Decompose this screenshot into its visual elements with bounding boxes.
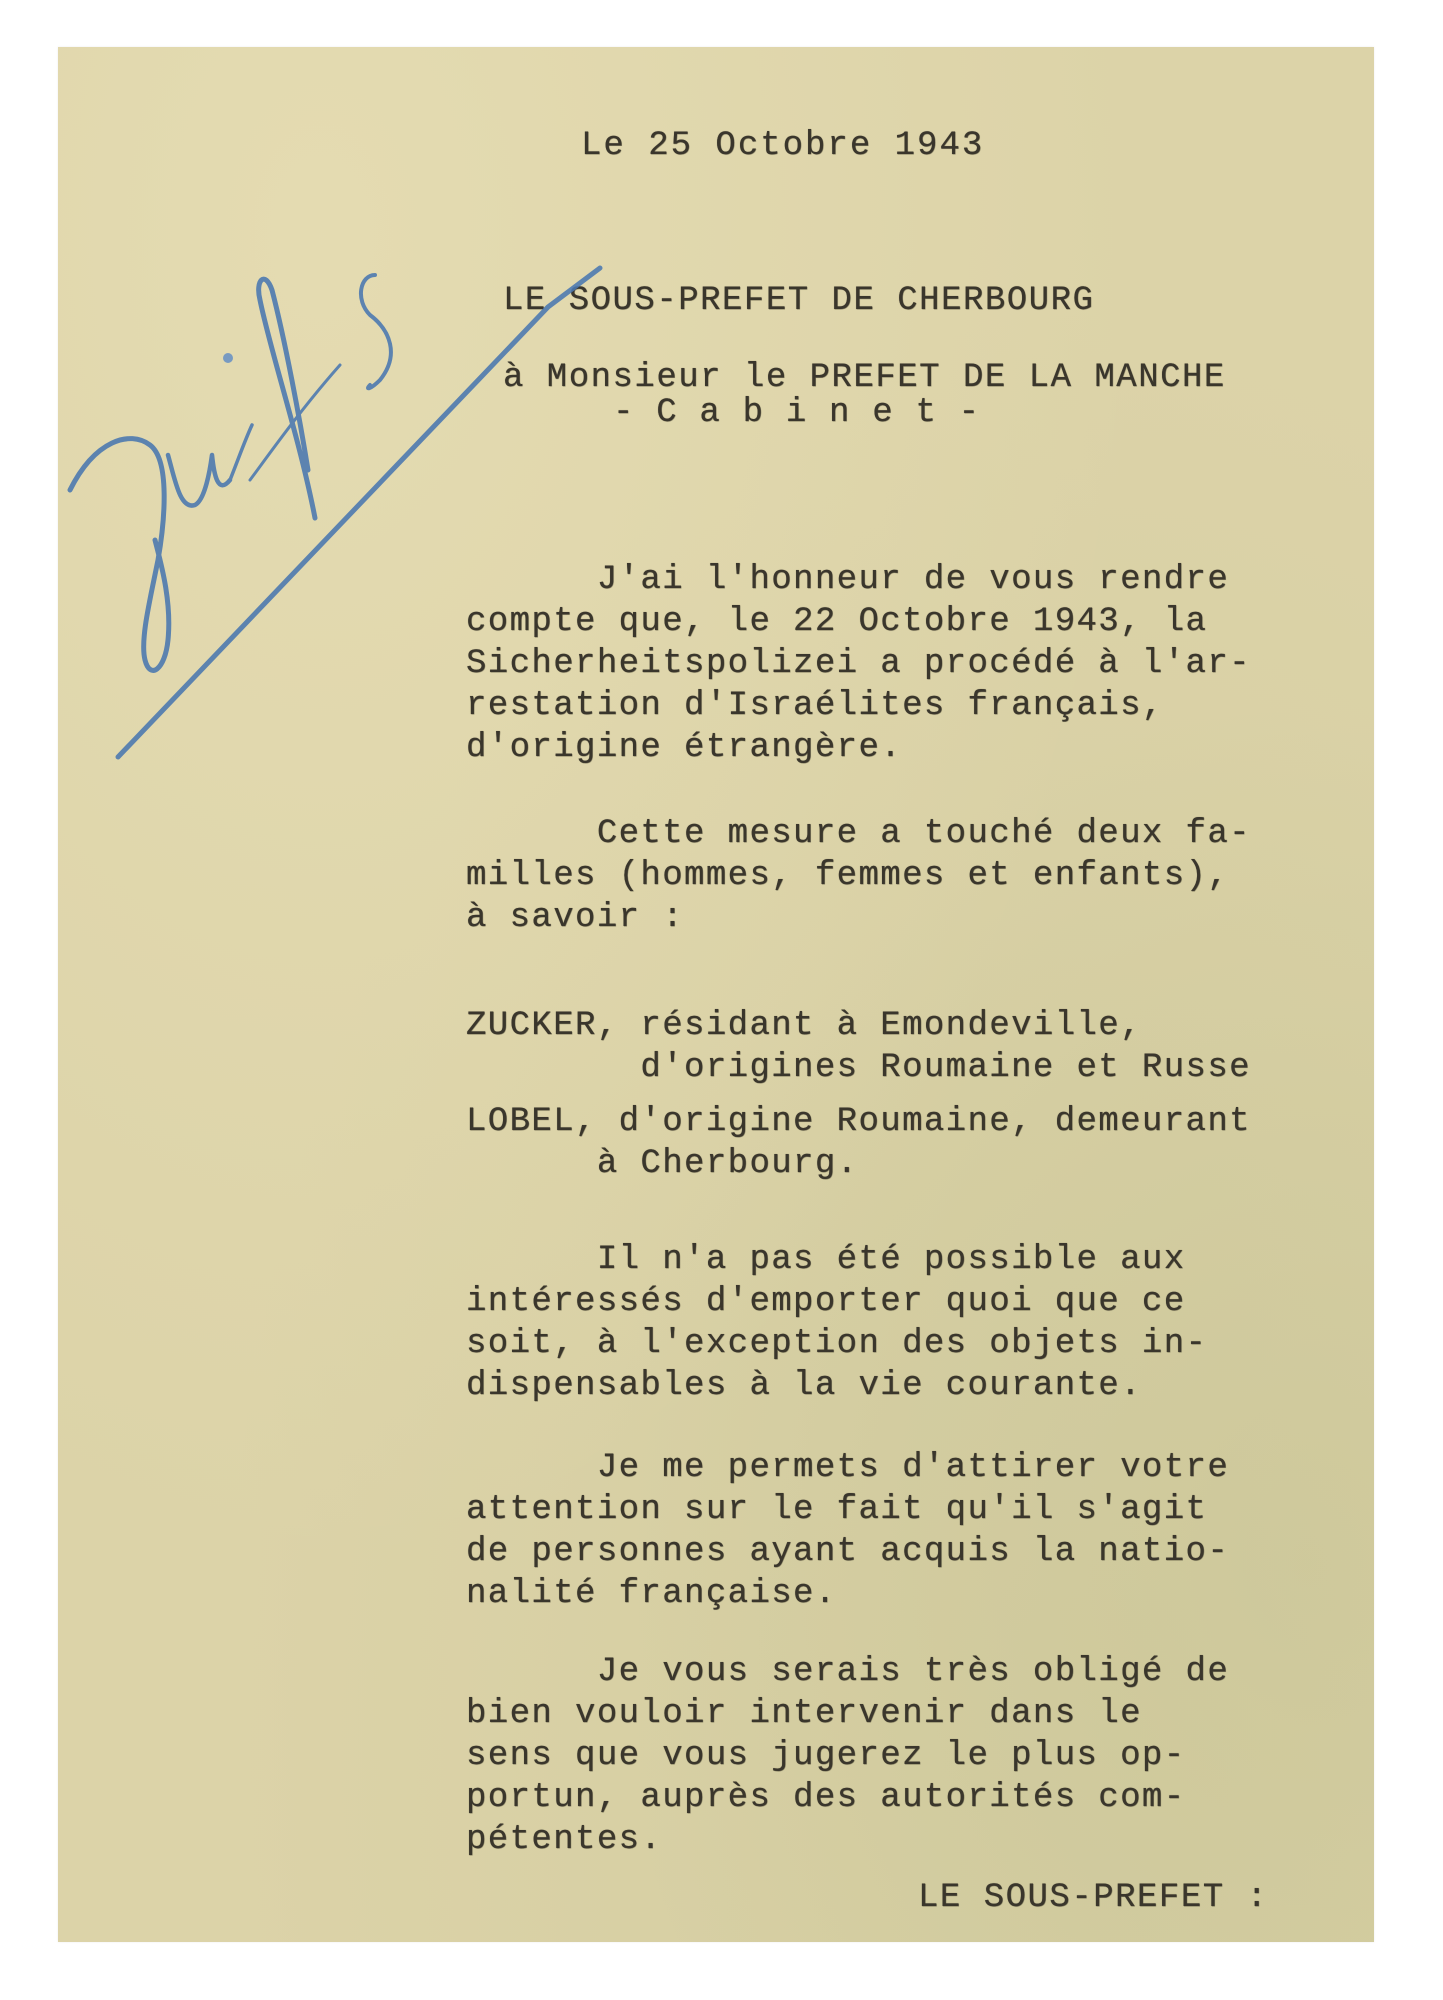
document-page: Le 25 Octobre 1943 LE SOUS-PREFET DE CHE… [58, 47, 1374, 1942]
paragraph-arrest-report: J'ai l'honneur de vous rendre compte que… [466, 559, 1251, 769]
signature-line: LE SOUS-PREFET : [918, 1877, 1268, 1919]
paragraph-families: Cette mesure a touché deux fa- milles (h… [466, 813, 1251, 939]
paragraph-nationality: Je me permets d'attirer votre attention … [466, 1447, 1229, 1615]
sender-heading: LE SOUS-PREFET DE CHERBOURG [503, 280, 1094, 322]
family-entry-lobel: LOBEL, d'origine Roumaine, demeurant à C… [466, 1101, 1251, 1185]
family-entry-zucker: ZUCKER, résidant à Emondeville, d'origin… [466, 1005, 1251, 1089]
paragraph-request: Je vous serais très obligé de bien voulo… [466, 1651, 1229, 1861]
department-heading: - C a b i n e t - [613, 392, 980, 434]
date-line: Le 25 Octobre 1943 [581, 125, 984, 167]
paragraph-belongings: Il n'a pas été possible aux intéressés d… [466, 1239, 1207, 1407]
